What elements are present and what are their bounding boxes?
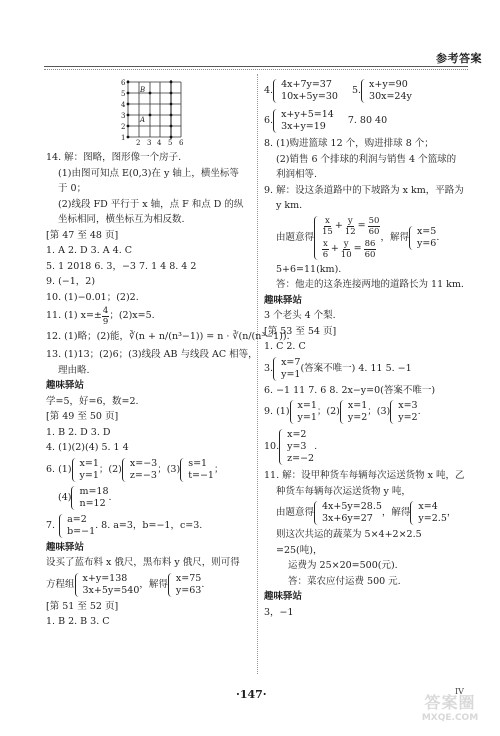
den: 15 bbox=[322, 227, 333, 237]
q5-prefix: 5. bbox=[352, 83, 361, 99]
eq: x=75 bbox=[176, 573, 201, 585]
q11-prefix: 11. (1) x=± bbox=[46, 308, 102, 324]
svg-text:6: 6 bbox=[121, 79, 126, 87]
q14-line4: (2)线段 FD 平行于 x 轴，点 F 和点 D 的纵 bbox=[46, 197, 251, 213]
eq: 3x+5y=540 bbox=[83, 585, 140, 597]
brace bbox=[273, 109, 279, 133]
svg-text:3: 3 bbox=[147, 139, 151, 146]
num: x bbox=[322, 239, 329, 250]
num: y bbox=[343, 239, 350, 250]
q6-prefix: 6. (1) bbox=[46, 462, 72, 478]
fun2-system: x+y=138 3x+5y=540 bbox=[75, 573, 140, 597]
brace bbox=[122, 458, 128, 482]
q6-system-4: m=18 n=12 bbox=[71, 486, 108, 510]
q6-end: ； bbox=[214, 462, 224, 478]
q6-system-2: x=−3 z=−3 bbox=[122, 458, 157, 482]
right-column: 4. 4x+7y=37 10x+5y=30 5. x+y=90 30x=24y … bbox=[264, 76, 474, 620]
r-q9-line1: 9. 解：设这条道路中的下坡路为 x km，平路为 bbox=[264, 183, 474, 199]
brace bbox=[59, 514, 65, 538]
r-q11-line5: 运费为 25×20=500(元). bbox=[264, 558, 474, 574]
q9-system: x15 + y12 = 5060 x6 + y10 = 8660 bbox=[314, 216, 380, 260]
q7-prefix: 7. bbox=[46, 518, 55, 534]
q9-end: . bbox=[418, 404, 421, 420]
svg-text:3: 3 bbox=[121, 112, 125, 120]
q14-line3: 于 0； bbox=[46, 181, 251, 197]
q8-answer: . 8. a=3，b=−1，c=3. bbox=[95, 518, 202, 534]
q6-system-1: x=1 y=1 bbox=[72, 458, 99, 482]
q11-end: ， bbox=[447, 505, 457, 521]
r-q11-line4: =25(吨)， bbox=[264, 543, 474, 559]
r-q11-line3: 则这次共运的蔬菜为 5×4+2×2.5 bbox=[264, 527, 474, 543]
brace bbox=[273, 357, 279, 381]
watermark-line2: MXQE.COM bbox=[410, 713, 490, 723]
r-q8-line3: 利润相等. bbox=[264, 167, 474, 183]
svg-text:A: A bbox=[139, 116, 145, 124]
s47-line4: 10. (1)−0.01；(2)2. bbox=[46, 290, 251, 306]
fun2-prefix: 方程组 bbox=[46, 577, 75, 593]
fraction: x6 bbox=[322, 239, 329, 260]
brace bbox=[168, 573, 174, 597]
svg-text:B: B bbox=[139, 86, 145, 94]
eq: 3x+6y=27 bbox=[322, 513, 382, 525]
watermark: 答案圈 MXQE.COM bbox=[410, 690, 490, 730]
den: 60 bbox=[369, 227, 380, 237]
fun-station-title-1: 趣味驿站 bbox=[46, 378, 251, 394]
column-divider bbox=[257, 74, 258, 674]
brace bbox=[314, 216, 320, 260]
den: 12 bbox=[345, 227, 356, 237]
eq: y=2.5 bbox=[418, 513, 446, 525]
eq: n=12 bbox=[79, 498, 108, 510]
q11-suffix: ；(2)x=5. bbox=[109, 308, 154, 324]
eq: z=−3 bbox=[130, 470, 157, 482]
header-title: 参考答案 bbox=[436, 50, 482, 66]
eq: x=7 bbox=[281, 357, 300, 369]
q9-end: . bbox=[436, 230, 439, 246]
q3-suffix: (答案不唯一) 4. 11 5. −1 bbox=[300, 361, 411, 377]
eq: a=2 bbox=[67, 514, 95, 526]
brace bbox=[72, 458, 78, 482]
fun-station-title-2: 趣味驿站 bbox=[46, 540, 251, 556]
r-q9-line2: y km. bbox=[264, 198, 474, 214]
r-q8-line1: 8. (1)购进篮球 12 个，购进排球 8 个； bbox=[264, 136, 474, 152]
q9-eq2: x6 + y10 = 8660 bbox=[322, 239, 380, 260]
s47-line2: 5. 1 2018 6. 3，−3 7. 1 4 8. 4 2 bbox=[46, 259, 251, 275]
q11-solution: x=4 y=2.5 bbox=[410, 501, 446, 525]
eq: y=2 bbox=[348, 412, 367, 424]
s47-q13b: 理由略. bbox=[46, 363, 251, 379]
fun2-end: . bbox=[201, 577, 204, 593]
eq: y=1 bbox=[298, 412, 317, 424]
s49-q7-q8: 7. a=2 b=−1 . 8. a=3，b=−1，c=3. bbox=[46, 512, 251, 540]
eq: x+y=90 bbox=[369, 79, 412, 91]
eq: y=1 bbox=[281, 369, 300, 381]
s47-line3: 9. (−1，2) bbox=[46, 274, 251, 290]
s47-q13: 13. (1)13；(2)6；(3)线段 AB 与线段 AC 相等， bbox=[46, 347, 251, 363]
q10-system: x=2 y=3 z=−2 bbox=[279, 429, 314, 465]
eq: y=63 bbox=[176, 585, 201, 597]
r-q11-line2: 种货车每辆每次运送货物 y 吨， bbox=[264, 484, 474, 500]
section-heading-47-48: [第 47 至 48 页] bbox=[46, 228, 251, 244]
eq: x+y+5=14 bbox=[281, 109, 334, 121]
fun-station-title-4: 趣味驿站 bbox=[264, 589, 474, 605]
r-q4-q5: 4. 4x+7y=37 10x+5y=30 5. x+y=90 30x=24y bbox=[264, 76, 474, 106]
q6-system: x+y+5=14 3x+y=19 bbox=[273, 109, 334, 133]
eq: y=3 bbox=[287, 441, 314, 453]
den: 10 bbox=[341, 250, 352, 260]
q3-prefix: 3. bbox=[264, 361, 273, 377]
q9-sep: ；(2) bbox=[317, 404, 340, 420]
q7-system: a=2 b=−1 bbox=[59, 514, 95, 538]
q10-end: . bbox=[314, 439, 317, 455]
q4-prefix: 4. bbox=[264, 83, 273, 99]
s49-line2: 4. (1)(2)(4) 5. 1 4 bbox=[46, 440, 251, 456]
brace bbox=[390, 400, 396, 424]
section-heading-51-52: [第 51 至 52 页] bbox=[46, 599, 251, 615]
num: 86 bbox=[364, 239, 377, 250]
brace bbox=[409, 226, 415, 250]
eq: x=2 bbox=[287, 429, 314, 441]
left-column: 654 321 234 56 B A 14. 解：图略，图形像一个房子. (1)… bbox=[46, 76, 251, 630]
coordinate-grid-figure: 654 321 234 56 B A bbox=[106, 76, 226, 146]
r-q11-line6: 答：菜农应付运费 500 元. bbox=[264, 574, 474, 590]
r-q11-line1: 11. 解：设甲种货车每辆每次运送货物 x 吨，乙 bbox=[264, 468, 474, 484]
eq: 30x=24y bbox=[369, 91, 412, 103]
q9-solution: x=5 y=6 bbox=[409, 226, 436, 250]
op: + bbox=[331, 243, 339, 255]
q5-system: x+y=90 30x=24y bbox=[361, 79, 412, 103]
q7-answer: 7. 80 40 bbox=[348, 113, 387, 129]
q11-prefix: 由题意得 bbox=[276, 505, 314, 521]
eq: z=−2 bbox=[287, 453, 314, 465]
brace bbox=[340, 400, 346, 424]
q14-line1: 14. 解：图略，图形像一个房子. bbox=[46, 150, 251, 166]
svg-text:6: 6 bbox=[179, 139, 184, 146]
fraction: 8660 bbox=[364, 239, 377, 260]
eq: y=2 bbox=[398, 412, 417, 424]
r-q9-line4: 答：他走的这条连接两地的道路长为 11 km. bbox=[264, 277, 474, 293]
q4-system: 4x+7y=37 10x+5y=30 bbox=[273, 79, 338, 103]
fraction: x15 bbox=[322, 216, 333, 237]
eq: 10x+5y=30 bbox=[281, 91, 338, 103]
s53-q10: 10. x=2 y=3 z=−2 . bbox=[264, 426, 474, 468]
q14-line5: 坐标相同，横坐标互为相反数. bbox=[46, 212, 251, 228]
brace bbox=[314, 501, 320, 525]
q9-system-1: x=1 y=1 bbox=[290, 400, 317, 424]
eq: x=1 bbox=[348, 400, 367, 412]
fun-station-text-3: 3 个老头 4 个梨. bbox=[264, 308, 474, 324]
den: 6 bbox=[323, 250, 328, 260]
s47-q12: 12. (1)略；(2)能，∛(n + n/(n³−1)) = n · ∛(n/… bbox=[46, 327, 251, 347]
num: x bbox=[324, 216, 331, 227]
r-q11-system-line: 由题意得 4x+5y=28.5 3x+6y=27 ，解得 x=4 y=2.5 ， bbox=[264, 499, 474, 527]
header-rule bbox=[44, 66, 468, 67]
q11-denominator: 9 bbox=[103, 317, 108, 327]
q6-prefix: 6. bbox=[264, 113, 273, 129]
fun2-solution: x=75 y=63 bbox=[168, 573, 201, 597]
eq: x+y=138 bbox=[83, 573, 140, 585]
num: 50 bbox=[368, 216, 381, 227]
eq: y=1 bbox=[80, 470, 99, 482]
q9-sep: ；(3) bbox=[367, 404, 390, 420]
q6-system-3: s=1 t=−1 bbox=[180, 458, 214, 482]
fun-station-text-4: 3，−1 bbox=[264, 605, 474, 621]
r-q9-line3: 5+6=11(km). bbox=[264, 262, 474, 278]
svg-text:2: 2 bbox=[136, 139, 140, 146]
q9-system-2: x=1 y=2 bbox=[340, 400, 367, 424]
fun2-system-line: 方程组 x+y=138 3x+5y=540 ，解得 x=75 y=63 . bbox=[46, 571, 251, 599]
r-q9-system-line: 由题意得 x15 + y12 = 5060 x6 + y10 = 8660 bbox=[264, 214, 474, 262]
brace bbox=[180, 458, 186, 482]
watermark-line1: 答案圈 bbox=[410, 690, 490, 713]
eq: x=−3 bbox=[130, 458, 157, 470]
s51-line1: 1. B 2. B 3. C bbox=[46, 614, 251, 630]
brace bbox=[279, 429, 285, 465]
eq: x=3 bbox=[398, 400, 417, 412]
eq: y=6 bbox=[417, 238, 436, 250]
s53-line6: 6. −1 11 7. 6 8. 2x−y=0(答案不唯一) bbox=[264, 383, 474, 399]
s53-line1: 1. C 2. C bbox=[264, 339, 474, 355]
eq: x=1 bbox=[80, 458, 99, 470]
svg-text:5: 5 bbox=[168, 139, 172, 146]
fun-station-text-1: 学=5，好=6，数=2. bbox=[46, 394, 251, 410]
q6-sep: ；(3) bbox=[157, 462, 180, 478]
grid-figure-svg: 654 321 234 56 B A bbox=[106, 76, 226, 146]
q9-system-3: x=3 y=2 bbox=[390, 400, 417, 424]
op: = bbox=[354, 243, 362, 255]
q6-4-prefix: (4) bbox=[58, 490, 71, 506]
q6-sep: ；(2) bbox=[99, 462, 122, 478]
fun2-mid: ，解得 bbox=[139, 577, 168, 593]
eq: b=−1 bbox=[67, 526, 95, 538]
eq: t=−1 bbox=[188, 470, 214, 482]
op: = bbox=[358, 220, 366, 232]
brace bbox=[75, 573, 81, 597]
eq: 4x+5y=28.5 bbox=[322, 501, 382, 513]
fraction: y12 bbox=[345, 216, 356, 237]
den: 60 bbox=[365, 250, 376, 260]
eq: x=4 bbox=[418, 501, 446, 513]
brace bbox=[410, 501, 416, 525]
svg-text:4: 4 bbox=[157, 139, 162, 146]
svg-text:1: 1 bbox=[121, 134, 125, 142]
q10-prefix: 10. bbox=[264, 439, 279, 455]
header-rule-dotted bbox=[44, 69, 468, 70]
svg-text:5: 5 bbox=[121, 90, 125, 98]
svg-text:4: 4 bbox=[121, 101, 126, 109]
eq: x=5 bbox=[417, 226, 436, 238]
q6-4-end: . bbox=[109, 490, 112, 506]
fraction: y10 bbox=[341, 239, 352, 260]
section-heading-53-54: [第 53 至 54 页] bbox=[264, 324, 474, 340]
s53-q9: 9. (1) x=1 y=1 ；(2) x=1 y=2 ；(3) x=3 y=2… bbox=[264, 398, 474, 426]
fraction: 5060 bbox=[368, 216, 381, 237]
brace bbox=[71, 486, 77, 510]
eq: s=1 bbox=[188, 458, 214, 470]
q11-fraction: 4 9 bbox=[102, 306, 109, 327]
eq: m=18 bbox=[79, 486, 108, 498]
op: + bbox=[335, 220, 343, 232]
q11-system: 4x+5y=28.5 3x+6y=27 bbox=[314, 501, 382, 525]
page-number: ·147· bbox=[236, 688, 267, 701]
s47-line1: 1. A 2. D 3. A 4. C bbox=[46, 243, 251, 259]
section-heading-49-50: [第 49 至 50 页] bbox=[46, 409, 251, 425]
svg-text:2: 2 bbox=[121, 123, 125, 131]
brace bbox=[361, 79, 367, 103]
q11-numerator: 4 bbox=[102, 306, 109, 317]
s49-line1: 1. B 2. D 3. D bbox=[46, 425, 251, 441]
fun2-line1: 设买了蓝布料 x 俄尺，黑布料 y 俄尺，则可得 bbox=[46, 555, 251, 571]
fun-station-title-3: 趣味驿站 bbox=[264, 293, 474, 309]
q14-line2: (1)由图可知点 E(0,3)在 y 轴上，横坐标等 bbox=[46, 166, 251, 182]
q9-prefix: 由题意得 bbox=[276, 230, 314, 246]
brace bbox=[273, 79, 279, 103]
q9-eq1: x15 + y12 = 5060 bbox=[322, 216, 380, 237]
eq: x=1 bbox=[298, 400, 317, 412]
brace bbox=[290, 400, 296, 424]
eq: 3x+y=19 bbox=[281, 121, 334, 133]
q9-mid: ，解得 bbox=[380, 230, 409, 246]
r-q6-q7: 6. x+y+5=14 3x+y=19 7. 80 40 bbox=[264, 106, 474, 136]
r-q8-line2: (2)销售 6 个排球的利润与销售 4 个篮球的 bbox=[264, 152, 474, 168]
q9-prefix: 9. (1) bbox=[264, 404, 290, 420]
s49-q6-4: (4) m=18 n=12 . bbox=[46, 484, 251, 512]
s53-q3: 3. x=7 y=1 (答案不唯一) 4. 11 5. −1 bbox=[264, 355, 474, 383]
num: y bbox=[347, 216, 354, 227]
q11-mid: ，解得 bbox=[382, 505, 411, 521]
s47-q11: 11. (1) x=± 4 9 ；(2)x=5. bbox=[46, 305, 251, 327]
q3-system: x=7 y=1 bbox=[273, 357, 300, 381]
eq: 4x+7y=37 bbox=[281, 79, 338, 91]
s49-q6: 6. (1) x=1 y=1 ；(2) x=−3 z=−3 ；(3) s=1 t… bbox=[46, 456, 251, 484]
